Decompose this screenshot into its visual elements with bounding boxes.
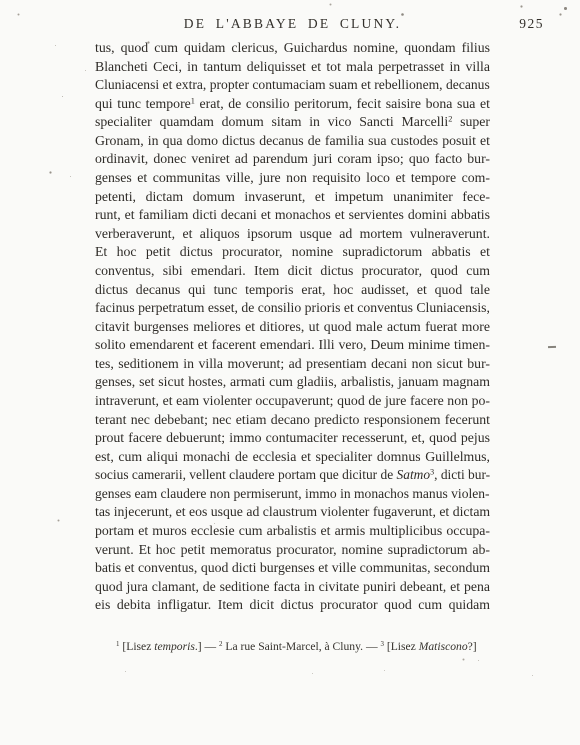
text-line: dictus decanus qui tunc temporis erat, h… (95, 281, 490, 300)
text-line: intraverunt, et eam violenter occupaveru… (95, 392, 490, 411)
text-line: portam et muros ecclesie cum arbalistis … (95, 522, 490, 541)
text-line: est, cum aliqui monachi de ecclesia et s… (95, 448, 490, 467)
text-line: genses, set sicut hostes, armati cum gla… (95, 373, 490, 392)
text-line: conventus, sibi emendari. Item dicit dic… (95, 262, 490, 281)
text-line: verberaverunt, et aliquos ipsorum usque … (95, 225, 490, 244)
text-line: ordinavit, donec veniret ad parendum jur… (95, 150, 490, 169)
text-line: Blancheti Ceci, in tantum deliquisset et… (95, 58, 490, 77)
running-header-title: DE L'ABBAYE DE CLUNY. (95, 16, 490, 32)
text-line: eis debita infligatur. Item dicit dictus… (95, 596, 490, 615)
text-line: socius camerarii, vellent claudere porta… (95, 466, 479, 485)
text-line: citavit burgenses meliores et ditiores, … (95, 318, 490, 337)
text-line: tas injecerunt, et eos usque ad claustru… (95, 503, 489, 522)
text-line: runt, et familiam dicti decani et monach… (95, 206, 490, 225)
text-line: tes, seditionem in villa moverunt; ad pr… (95, 355, 490, 374)
scan-noise-specks (0, 0, 1, 1)
text-line: genses et communitas ville, jure non req… (95, 169, 490, 188)
text-line: quod jura clamant, de seditione facta in… (95, 578, 490, 597)
text-line: verunt. Et hoc petit memoratus procurato… (95, 541, 490, 560)
text-line: terant nec debebant; nec etiam decano pr… (95, 411, 490, 430)
text-line: batis et conventus, quod dicti burgenses… (95, 559, 490, 578)
text-line: qui tunc tempore1 erat, de consilio peri… (95, 95, 490, 114)
text-line: facinus perpetratum esset, de consilio p… (95, 299, 488, 318)
scanned-book-page: DE L'ABBAYE DE CLUNY. 925 tus, quod cum … (0, 0, 580, 745)
margin-pen-dash (548, 346, 556, 348)
text-line: prout facere debuerunt; immo contumacite… (95, 429, 490, 448)
page-number: 925 (519, 16, 544, 32)
text-line: tus, quod cum quidam clericus, Guichardu… (95, 39, 490, 58)
text-line: genses eam claudere non permiserunt, imm… (95, 485, 483, 504)
text-line: specialiter quamdam domum sitam in vico … (95, 113, 490, 132)
text-line: Cluniacensi et extra, propter contumacia… (95, 76, 484, 95)
text-line: petenti, dictam domum invaserunt, et imp… (95, 188, 490, 207)
footnote: 1 [Lisez temporis.] — 2 La rue Saint-Mar… (95, 640, 505, 654)
text-line: Gronam, in qua domo dictus decanus de fa… (95, 132, 490, 151)
text-line: solito emendarent et facerent emendari. … (95, 336, 490, 355)
text-line: Et hoc petit dictus procurator, nomine s… (95, 243, 490, 262)
body-text: tus, quod cum quidam clericus, Guichardu… (95, 39, 490, 615)
